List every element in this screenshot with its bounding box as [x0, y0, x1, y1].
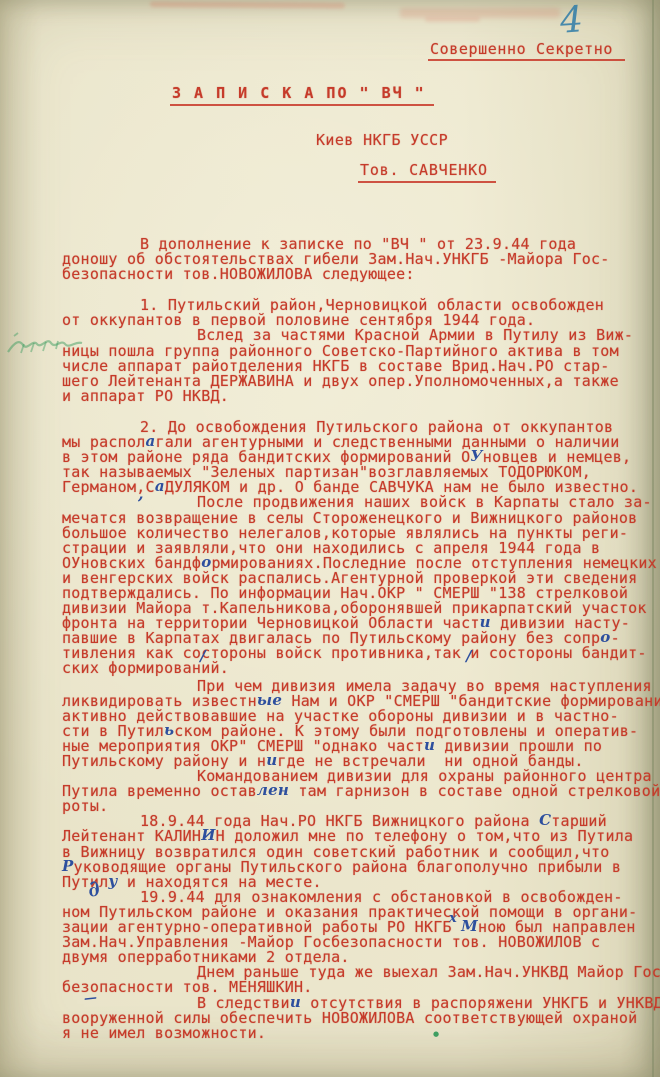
handwritten-correction: а: [155, 477, 165, 495]
document-title: З А П И С К А ПО " ВЧ ": [170, 84, 434, 106]
handwritten-correction: у: [108, 872, 117, 890]
scanned-document-page: 4 Совершенно Секретно З А П И С К А ПО "…: [0, 0, 660, 1077]
handwritten-correction: лен: [257, 781, 289, 799]
document-line: безопасности тов.НОВОЖИЛОВА следующее:: [62, 267, 660, 282]
addressee-org: Киев НКГБ УССР: [316, 131, 448, 149]
ink-bleedthrough: [150, 1, 345, 8]
handwritten-correction: и: [424, 736, 435, 754]
ink-bleedthrough: [400, 8, 560, 18]
handwritten-correction: и: [480, 613, 491, 631]
handwritten-correction: Р: [62, 857, 74, 875]
typed-text: там гарнизон в составе одной стрелковой: [289, 782, 660, 800]
handwritten-correction: ые: [257, 691, 282, 709]
typed-text: Германом,С: [62, 478, 155, 496]
document-line: я не имел возможности.: [62, 1026, 660, 1041]
addressee-name: Тов. САВЧЕНКО: [358, 161, 496, 183]
handwritten-correction: а: [146, 432, 156, 450]
typed-text: и аппарат РО НКВД.: [62, 387, 229, 405]
handwritten-correction: И: [201, 826, 215, 844]
handwritten-correction: о: [600, 628, 610, 646]
handwritten-correction: У: [470, 447, 482, 465]
typed-text: Путил: [62, 873, 108, 891]
handwritten-correction: С: [539, 811, 551, 829]
typed-text: роты.: [62, 797, 108, 815]
document-line: и аппарат РО НКВД.: [62, 389, 660, 404]
document-line: Путила временно оставлен там гарнизон в …: [62, 784, 660, 799]
ink-bleedthrough: [425, 17, 480, 22]
typed-text: я не имел возможности.: [62, 1024, 266, 1042]
handwritten-page-number: 4: [559, 0, 585, 42]
classification-stamp: Совершенно Секретно: [428, 40, 625, 61]
handwritten-correction: М: [461, 917, 478, 935]
handwritten-correction: о: [201, 553, 211, 571]
document-line: ских формирований.: [62, 661, 660, 676]
handwritten-correction: и: [290, 993, 301, 1011]
handwritten-correction: и: [266, 751, 277, 769]
handwritten-correction: ь: [164, 721, 174, 739]
typed-text: безопасности тов.НОВОЖИЛОВА следующее:: [62, 265, 415, 283]
typed-text: ских формирований.: [62, 659, 229, 677]
document-body: В дополнение к записке по "ВЧ " от 23.9.…: [62, 237, 660, 1041]
